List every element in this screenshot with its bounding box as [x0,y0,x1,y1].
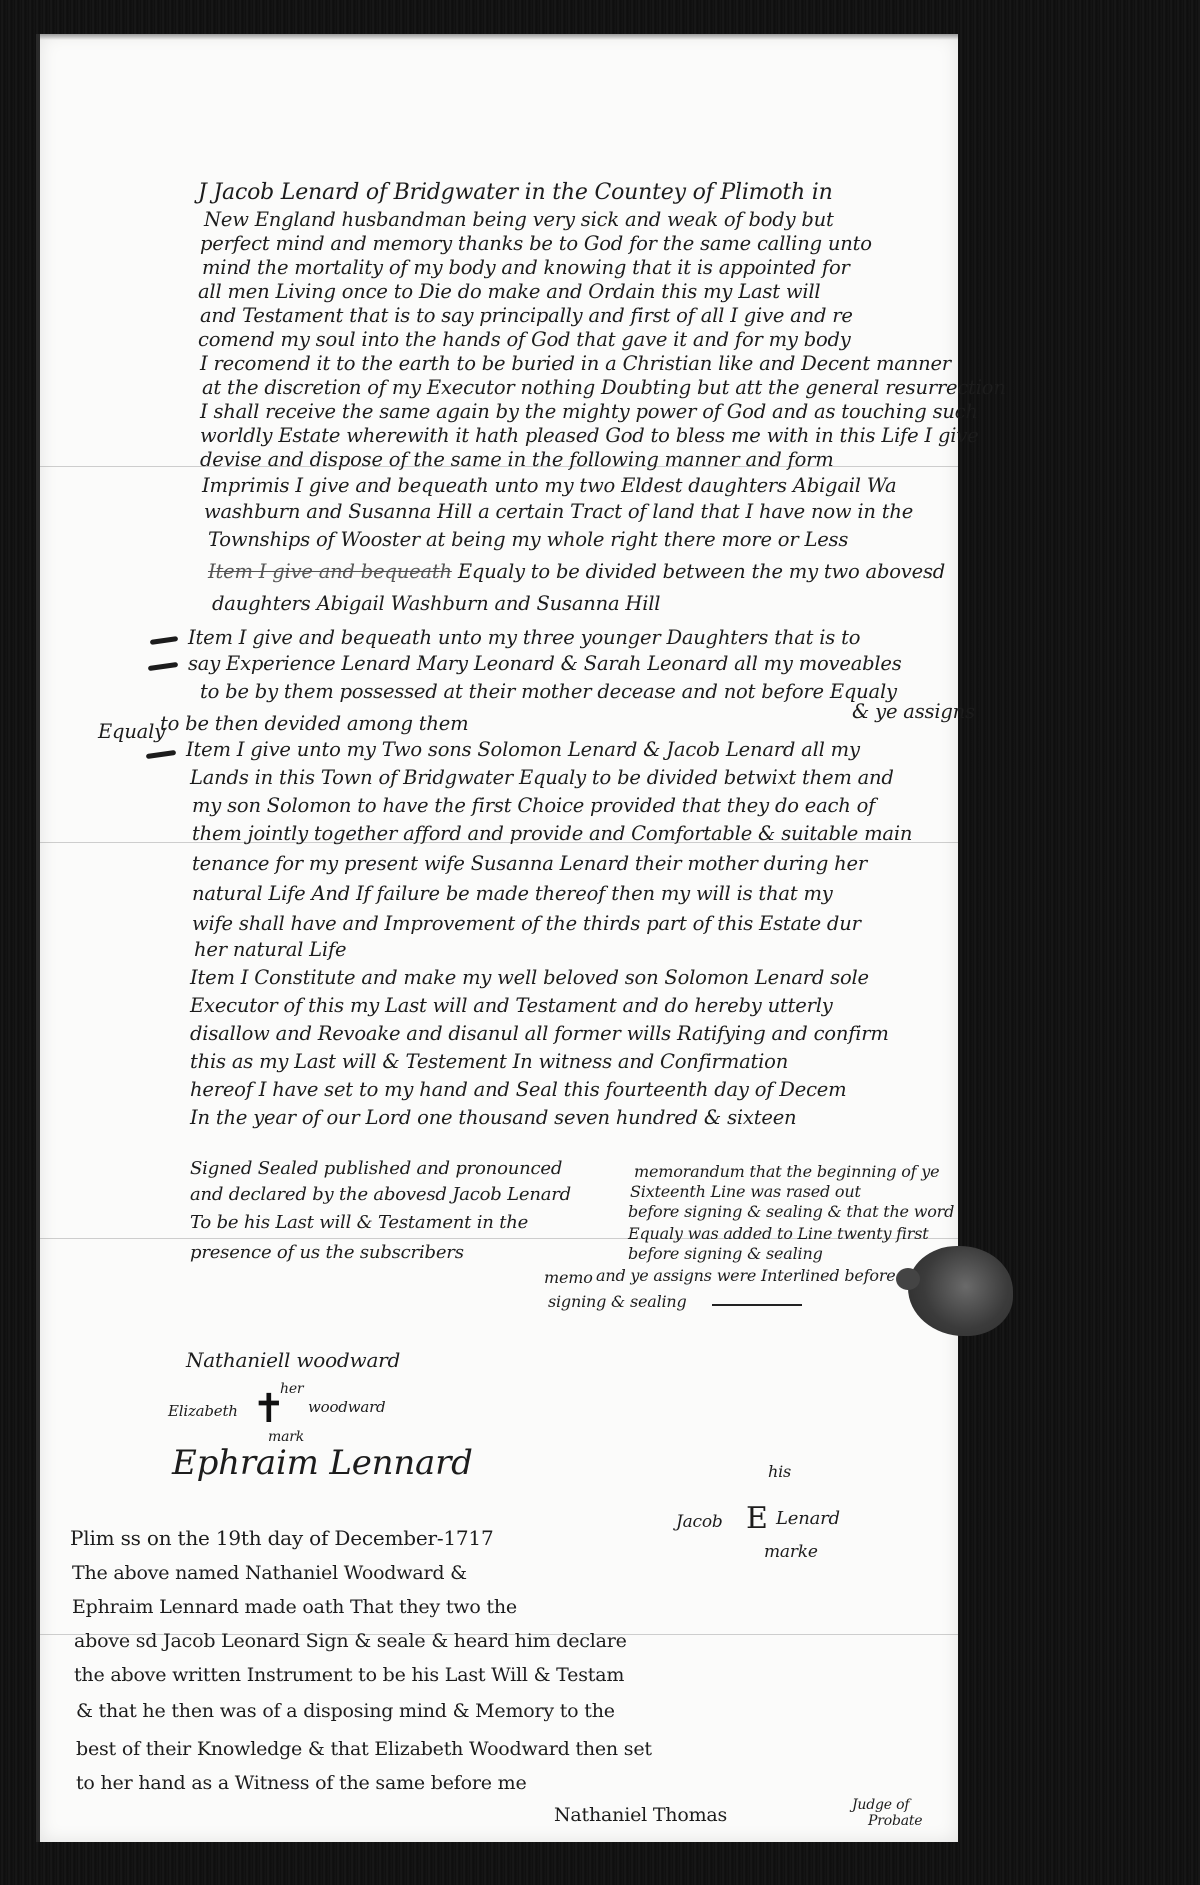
probate-line: to her hand as a Witness of the same bef… [76,1774,526,1793]
probate-line: best of their Knowledge & that Elizabeth… [76,1740,652,1759]
witness-signature-1: Nathaniell woodward [186,1350,400,1370]
probate-title: Judge of [852,1798,909,1812]
flourish-line [712,1304,802,1306]
testator-first-name: Jacob [676,1514,723,1531]
margin-dash-icon [150,636,178,645]
attestation-line: To be his Last will & Testament in the [190,1214,528,1232]
body-line: all men Living once to Die do make and O… [198,282,820,302]
body-line: Item I give and bequeath unto my three y… [188,628,860,648]
probate-judge-signature: Nathaniel Thomas [554,1806,727,1825]
body-line: New England husbandman being very sick a… [204,210,834,230]
body-line: washburn and Susanna Hill a certain Trac… [204,502,913,522]
body-line: my son Solomon to have the first Choice … [192,796,875,816]
probate-line: The above named Nathaniel Woodward & [72,1564,467,1583]
body-line: comend my soul into the hands of God tha… [198,330,851,350]
memorandum-line: Sixteenth Line was rased out [630,1184,861,1200]
body-line: Item I Constitute and make my well belov… [190,968,869,988]
memorandum-line: before signing & sealing [628,1246,823,1262]
interlined-text: & ye assigns [852,702,975,722]
body-line: Item I give unto my Two sons Solomon Len… [186,740,860,760]
body-line: I recomend it to the earth to be buried … [200,354,951,374]
memorandum-line: and ye assigns were Interlined before [596,1268,896,1284]
attestation-line: and declared by the abovesd Jacob Lenard [190,1186,571,1204]
witness-2-last: woodward [308,1400,385,1415]
wax-seal [908,1246,1013,1336]
body-line: tenance for my present wife Susanna Lena… [192,854,867,874]
body-line: to be by them possessed at their mother … [200,682,897,702]
body-line: Imprimis I give and bequeath unto my two… [202,476,896,496]
memorandum-line: signing & sealing [548,1294,687,1310]
body-line: mind the mortality of my body and knowin… [202,258,850,278]
testator-mark-glyph: E [746,1504,768,1534]
body-text-rest: Equaly to be divided between the my two … [458,560,945,583]
body-line: and Testament that is to say principally… [200,306,853,326]
manuscript-page: J Jacob Lenard of Bridgwater in the Coun… [36,34,958,1842]
margin-dash-icon [146,750,176,759]
testator-his: his [768,1464,791,1480]
body-line: Lands in this Town of Bridgwater Equaly … [190,768,894,788]
attestation-line: presence of us the subscribers [190,1244,464,1262]
body-line: devise and dispose of the same in the fo… [200,450,834,470]
witness-mark-label: mark [268,1430,304,1444]
margin-note: Equaly [98,722,165,742]
body-line: daughters Abigail Washburn and Susanna H… [212,594,660,614]
probate-line: & that he then was of a disposing mind &… [76,1702,615,1721]
body-line: this as my Last will & Testement In witn… [190,1052,788,1072]
body-line: J Jacob Lenard of Bridgwater in the Coun… [198,182,833,204]
probate-line: Plim ss on the 19th day of December-1717 [70,1528,494,1548]
margin-dash-icon [148,662,178,671]
body-line: disallow and Revoake and disanul all for… [190,1024,889,1044]
body-line: hereof I have set to my hand and Seal th… [190,1080,846,1100]
body-line: Townships of Wooster at being my whole r… [208,530,848,550]
struck-text: Item I give and bequeath [208,560,452,583]
witness-signature-3: Ephraim Lennard [172,1446,473,1480]
cross-mark-icon: ✝ [252,1386,286,1432]
body-line: natural Life And If failure be made ther… [192,884,833,904]
memorandum-margin: memo [544,1270,593,1286]
body-line: them jointly together afford and provide… [192,824,912,844]
body-line: her natural Life [194,940,346,960]
memorandum-line: Equaly was added to Line twenty first [628,1226,929,1242]
body-line: worldly Estate wherewith it hath pleased… [200,426,978,446]
witness-2-first: Elizabeth [168,1404,238,1419]
body-line: to be then devided among them [160,714,468,734]
body-line: at the discretion of my Executor nothing… [202,378,1006,398]
testator-last-name: Lenard [776,1510,840,1528]
probate-line: above sd Jacob Leonard Sign & seale & he… [74,1632,627,1651]
attestation-line: Signed Sealed published and pronounced [190,1160,562,1178]
body-line: In the year of our Lord one thousand sev… [190,1108,796,1128]
probate-line: the above written Instrument to be his L… [74,1666,624,1685]
memorandum-line: before signing & sealing & that the word [628,1204,954,1220]
testator-mark-label: marke [764,1544,818,1561]
struck-line: Item I give and bequeath Equaly to be di… [208,562,945,582]
body-line: perfect mind and memory thanks be to God… [200,234,872,254]
body-line: I shall receive the same again by the mi… [200,402,978,422]
body-line: Executor of this my Last will and Testam… [190,996,833,1016]
memorandum-line: memorandum that the beginning of ye [634,1164,939,1180]
probate-line: Ephraim Lennard made oath That they two … [72,1598,517,1617]
body-line: wife shall have and Improvement of the t… [192,914,861,934]
probate-title: Probate [868,1814,922,1828]
body-line: say Experience Lenard Mary Leonard & Sar… [188,654,902,674]
